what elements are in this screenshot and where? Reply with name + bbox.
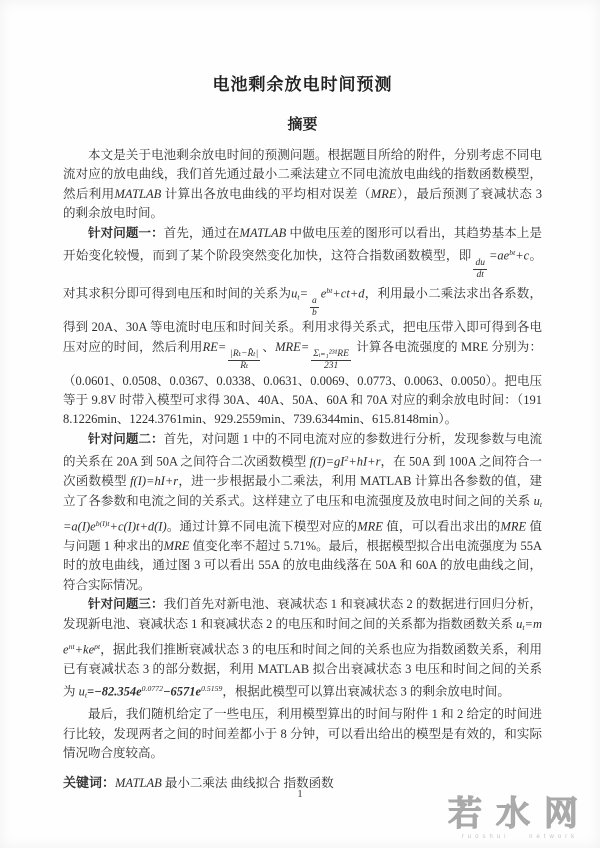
formula-fraction: ab [310, 296, 319, 318]
watermark-text: 若水网 [448, 797, 592, 831]
text-segment: t [540, 500, 542, 509]
text-segment: 最后，我们随机给定了一些电压，利用模型算出的时间与附件 1 和 2 给定的时间进… [63, 707, 542, 760]
formula-fraction: |Rₜ−R̂ₜ|Rₜ [228, 349, 260, 371]
text-segment: +ke [75, 643, 95, 657]
text-segment: MRE [357, 520, 383, 534]
text-segment: 针对问题三： [88, 597, 164, 611]
fraction-numerator: a [310, 296, 319, 308]
text-segment: = [300, 286, 308, 300]
problem-2: 针对问题二：首先，对问题 1 中的不同电流对应的参数进行分析，发现参数与电流的关… [63, 430, 542, 595]
text-segment: =ae [489, 249, 509, 263]
fraction-numerator: Σᵢ₌₁²³¹RE [311, 349, 351, 361]
fraction-denominator: dt [475, 270, 486, 281]
abstract-heading: 摘要 [63, 113, 542, 134]
text-segment: MRE [371, 187, 397, 201]
fraction-numerator: du [473, 258, 487, 270]
text-segment: MRE [275, 340, 301, 354]
fraction-denominator: Rₜ [238, 361, 250, 372]
text-segment: +c(I)t+d(I) [110, 520, 167, 534]
text-segment: = [301, 340, 309, 354]
text-segment: +hI+r [348, 455, 380, 469]
fraction-denominator: b [310, 308, 319, 319]
text-segment: =a(I)e [63, 520, 96, 534]
text-segment: MRE [164, 539, 190, 553]
text-segment: 针对问题二： [88, 432, 164, 446]
text-segment: =−82.354e [87, 685, 142, 699]
fraction-denominator: 231 [322, 361, 340, 372]
abstract-intro: 本文是关于电池剩余放电时间的预测问题。根据题目所给的附件，分别考虑不同电流对应的… [63, 146, 542, 224]
text-segment: ，根据此模型可以算出衰减状态 3 的剩余放电时间。 [222, 685, 510, 699]
text-segment: 0.5159 [201, 684, 222, 693]
text-segment: 0.0772 [142, 684, 163, 693]
text-segment: 值，可以看出求出的 [383, 520, 501, 534]
document-page: 电池剩余放电时间预测 摘要 本文是关于电池剩余放电时间的预测问题。根据题目所给的… [0, 0, 600, 848]
text-segment: MATLAB [115, 187, 162, 201]
closing: 最后，我们随机给定了一些电压，利用模型算出的时间与附件 1 和 2 给定的时间进… [63, 705, 542, 763]
text-segment: +ct+d [332, 286, 364, 300]
problem-3: 针对问题三：我们首先对新电池、衰减状态 1 和衰减状态 2 的数据进行回归分析，… [63, 595, 542, 705]
text-segment: f(I)=gI [310, 455, 345, 469]
abstract-body: 本文是关于电池剩余放电时间的预测问题。根据题目所给的附件，分别考虑不同电流对应的… [63, 146, 542, 793]
page-title: 电池剩余放电时间预测 [63, 70, 542, 95]
formula-fraction: Σᵢ₌₁²³¹RE231 [311, 349, 351, 371]
text-segment: 针对问题一： [88, 226, 164, 240]
text-segment: −6571e [163, 685, 201, 699]
problem-1: 针对问题一：首先，通过在MATLAB 中做电压差的图形可以看出，其趋势基本上是开… [63, 224, 542, 430]
text-segment: +c [515, 249, 529, 263]
text-segment: b(I)t [96, 519, 110, 528]
formula-fraction: dudt [473, 258, 487, 280]
watermark: 若水网 ruoshui network [448, 797, 592, 840]
text-segment: 首先，通过在 [164, 226, 240, 240]
text-segment: RE [203, 340, 218, 354]
text-segment: 。通过计算不同电流下模型对应的 [167, 520, 358, 534]
text-segment: MATLAB [240, 226, 287, 240]
text-segment: 、 [262, 340, 275, 354]
watermark-subtext: ruoshui network [448, 834, 592, 840]
text-segment: MRE [500, 520, 526, 534]
text-segment: f(I)=hI+r [130, 474, 178, 488]
fraction-numerator: |Rₜ−R̂ₜ| [228, 349, 260, 361]
document-content: 电池剩余放电时间预测 摘要 本文是关于电池剩余放电时间的预测问题。根据题目所给的… [63, 70, 542, 793]
text-segment: 计算出各放电曲线的平均相对误差（ [161, 187, 371, 201]
text-segment: = [218, 340, 226, 354]
